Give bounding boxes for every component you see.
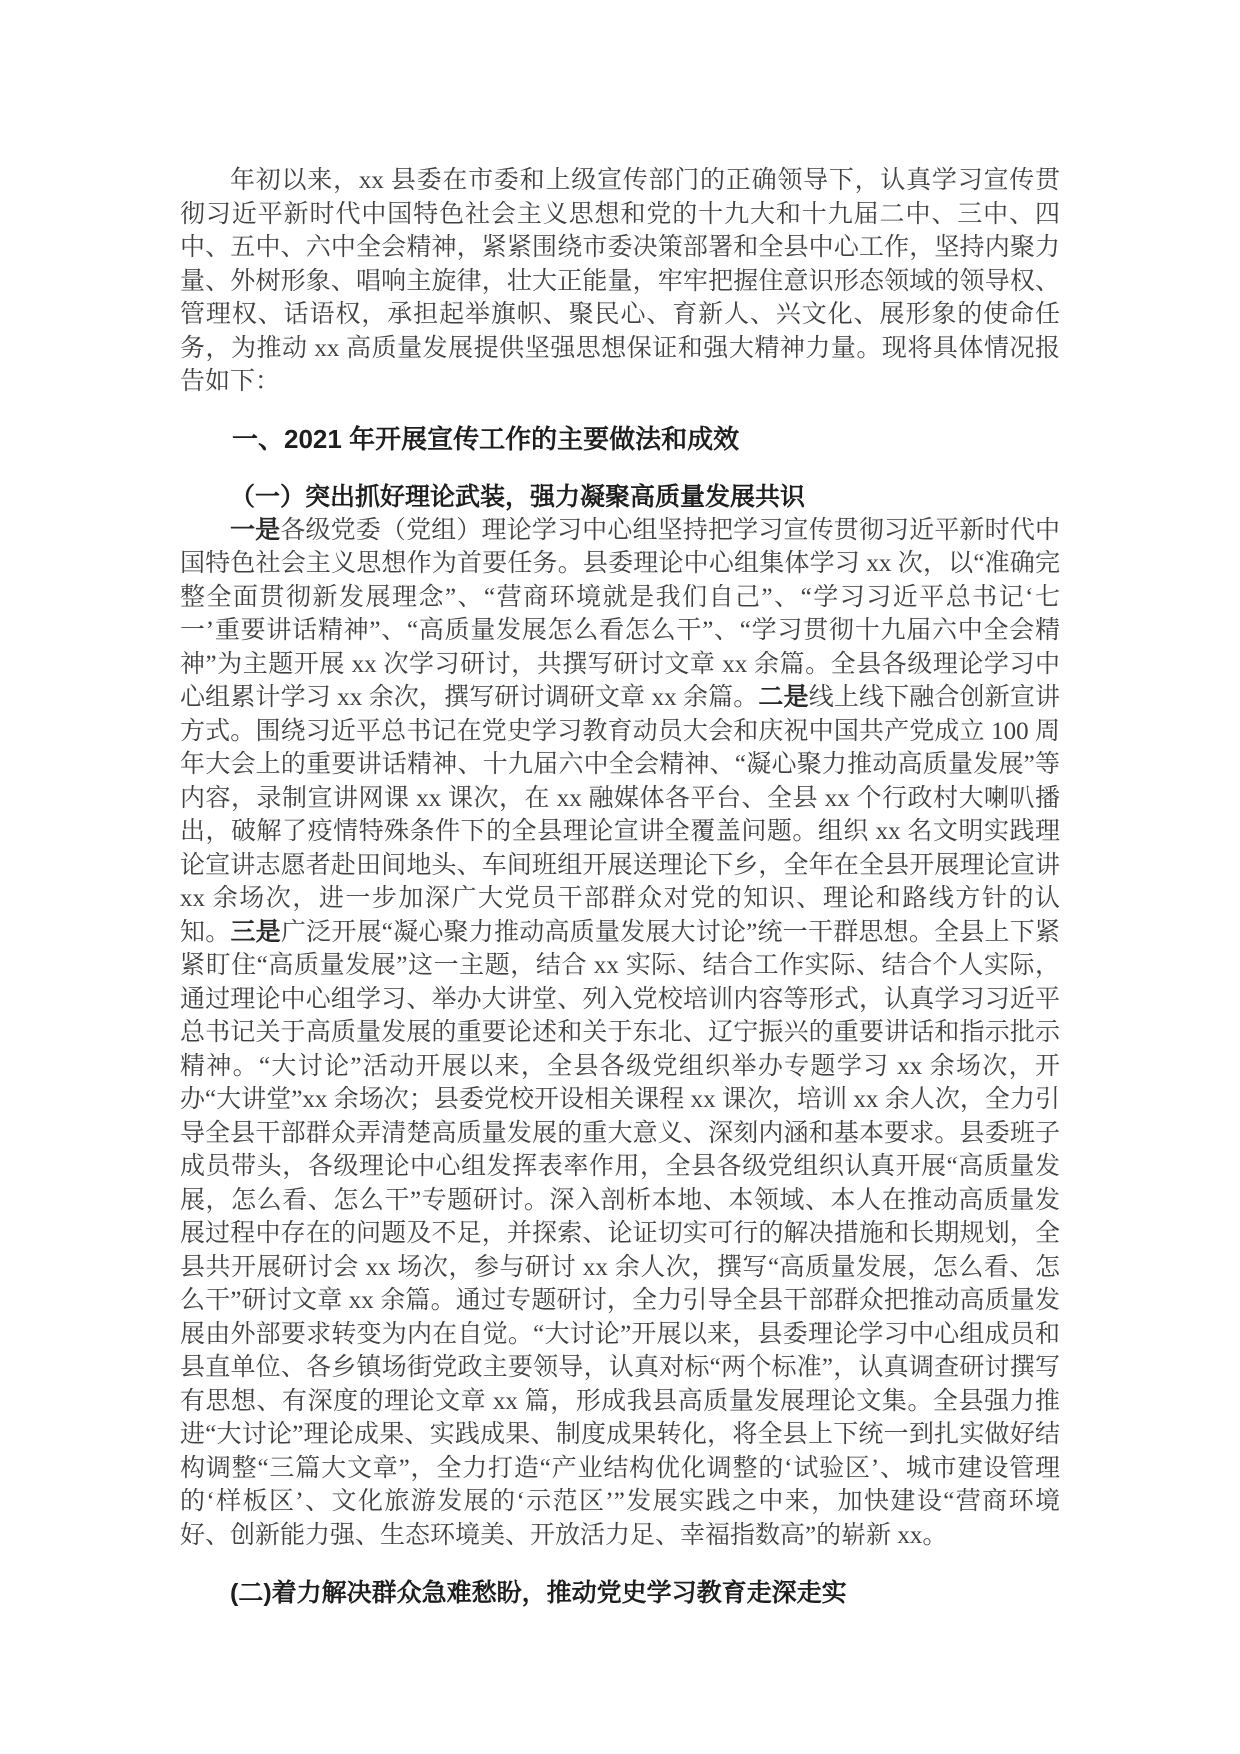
point-1-label: 一是	[230, 517, 280, 544]
document-page: 年初以来，xx 县委在市委和上级宣传部门的正确领导下，认真学习宣传贯彻习近平新时…	[0, 0, 1240, 1754]
intro-paragraph: 年初以来，xx 县委在市委和上级宣传部门的正确领导下，认真学习宣传贯彻习近平新时…	[180, 164, 1060, 399]
point-2-label: 二是	[758, 684, 808, 711]
section-1-heading: 一、2021 年开展宣传工作的主要做法和成效	[180, 422, 1060, 456]
subsection-1-1-heading: （一）突出抓好理论武装，强力凝聚高质量发展共识	[180, 480, 1060, 514]
subsection-1-2-heading: (二)着力解决群众急难愁盼，推动党史学习教育走深走实	[180, 1576, 1060, 1610]
point-3-label: 三是	[230, 919, 280, 946]
point-3-text: 广泛开展“凝心聚力推动高质量发展大讨论”统一干群思想。全县上下紧紧盯住“高质量发…	[180, 919, 1060, 1549]
point-1-text: 各级党委（党组）理论学习中心组坚持把学习宣传贯彻习近平新时代中国特色社会主义思想…	[180, 517, 1060, 712]
point-2-text: 线上线下融合创新宣讲方式。围绕习近平总书记在党史学习教育动员大会和庆祝中国共产党…	[180, 684, 1060, 946]
subsection-1-1-paragraph: 一是各级党委（党组）理论学习中心组坚持把学习宣传贯彻习近平新时代中国特色社会主义…	[180, 514, 1060, 1553]
